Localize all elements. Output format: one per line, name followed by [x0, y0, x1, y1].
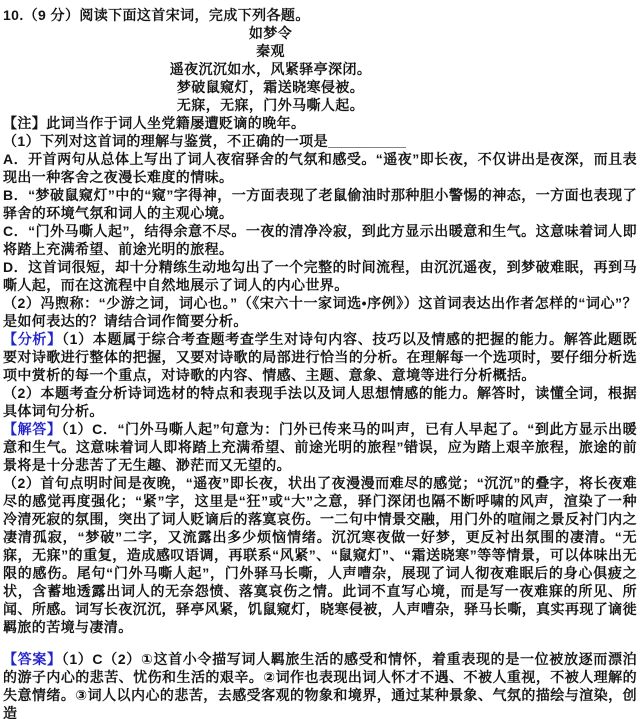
- analysis-text-1: （1）本题属于综合考查题考查学生对诗句内容、技巧以及情感的把握的能力。解答此题既…: [3, 331, 637, 383]
- poem-block: 如梦令 秦观 遥夜沉沉如水，风紧驿亭深闭。 梦破鼠窥灯，霜送晓寒侵被。 无寐，无…: [3, 24, 538, 114]
- q1-option-b: B．“梦破鼠窥灯”中的“窥”字得神，一方面表现了老鼠偷油时那种胆小警惕的神态，一…: [3, 186, 637, 222]
- analysis-paragraph-2: （2）本题考查分析诗词选材的特点和表现手法以及词人思想情感的能力。解答时，读懂全…: [3, 384, 637, 420]
- poem-title: 如梦令: [3, 24, 538, 42]
- poem-note: 【注】此词当作于词人坐党籍屡遭贬谪的晚年。: [3, 114, 637, 132]
- q1-answer-blank: __________: [328, 133, 406, 149]
- exam-page: 10.（9 分）阅读下面这首宋词，完成下列各题。 如梦令 秦观 遥夜沉沉如水，风…: [0, 0, 640, 719]
- analysis-paragraph-1: 【分析】（1）本题属于综合考查题考查学生对诗句内容、技巧以及情感的把握的能力。解…: [3, 330, 637, 384]
- solution-text-1: （1）C．“门外马嘶人起”句意为：门外已传来马的叫声，已有人早起了。“到此方显示…: [3, 421, 637, 473]
- poem-line: 无寐，无寐，门外马嘶人起。: [3, 96, 538, 114]
- poem-line: 梦破鼠窥灯，霜送晓寒侵被。: [3, 78, 538, 96]
- solution-paragraph-2: （2）首句点明时间是夜晚，“遥夜”即长夜，状出了夜漫漫而难尽的感觉；“沉沉”的叠…: [3, 474, 637, 636]
- q1-option-a: A．开首两句从总体上写出了词人夜宿驿舍的气氛和感受。“遥夜”即长夜，不仅讲出是夜…: [3, 150, 637, 186]
- solution-paragraph-1: 【解答】（1）C．“门外马嘶人起”句意为：门外已传来马的叫声，已有人早起了。“到…: [3, 420, 637, 474]
- q2-stem: （2）冯煦称：“少游之词，词心也。”（《宋六十一家词选•序例》）这首词表达出作者…: [3, 294, 637, 330]
- q1-stem-text: （1）下列对这首词的理解与鉴赏，不正确的一项是: [3, 133, 328, 149]
- poem-line: 遥夜沉沉如水，风紧驿亭深闭。: [3, 60, 538, 78]
- poem-author: 秦观: [3, 42, 538, 60]
- answer-text: （1）C（2）①这首小令描写词人羁旅生活的感受和情怀，着重表现的是一位被放逐而漂…: [3, 651, 637, 719]
- answer-paragraph: 【答案】（1）C（2）①这首小令描写词人羁旅生活的感受和情怀，着重表现的是一位被…: [3, 650, 637, 719]
- q1-option-c: C．“门外马嘶人起”，结得余意不尽。一夜的清净冷寂，到此方显示出暖意和生气。这意…: [3, 222, 637, 258]
- q1-option-d: D．这首词很短，却十分精练生动地勾出了一个完整的时间流程，由沉沉遥夜，到梦破难眠…: [3, 258, 637, 294]
- answer-label: 【答案】: [3, 651, 62, 667]
- solution-label: 【解答】: [3, 421, 61, 437]
- q1-stem: （1）下列对这首词的理解与鉴赏，不正确的一项是__________: [3, 132, 637, 150]
- question-header: 10.（9 分）阅读下面这首宋词，完成下列各题。: [3, 6, 637, 24]
- analysis-label: 【分析】: [3, 331, 62, 347]
